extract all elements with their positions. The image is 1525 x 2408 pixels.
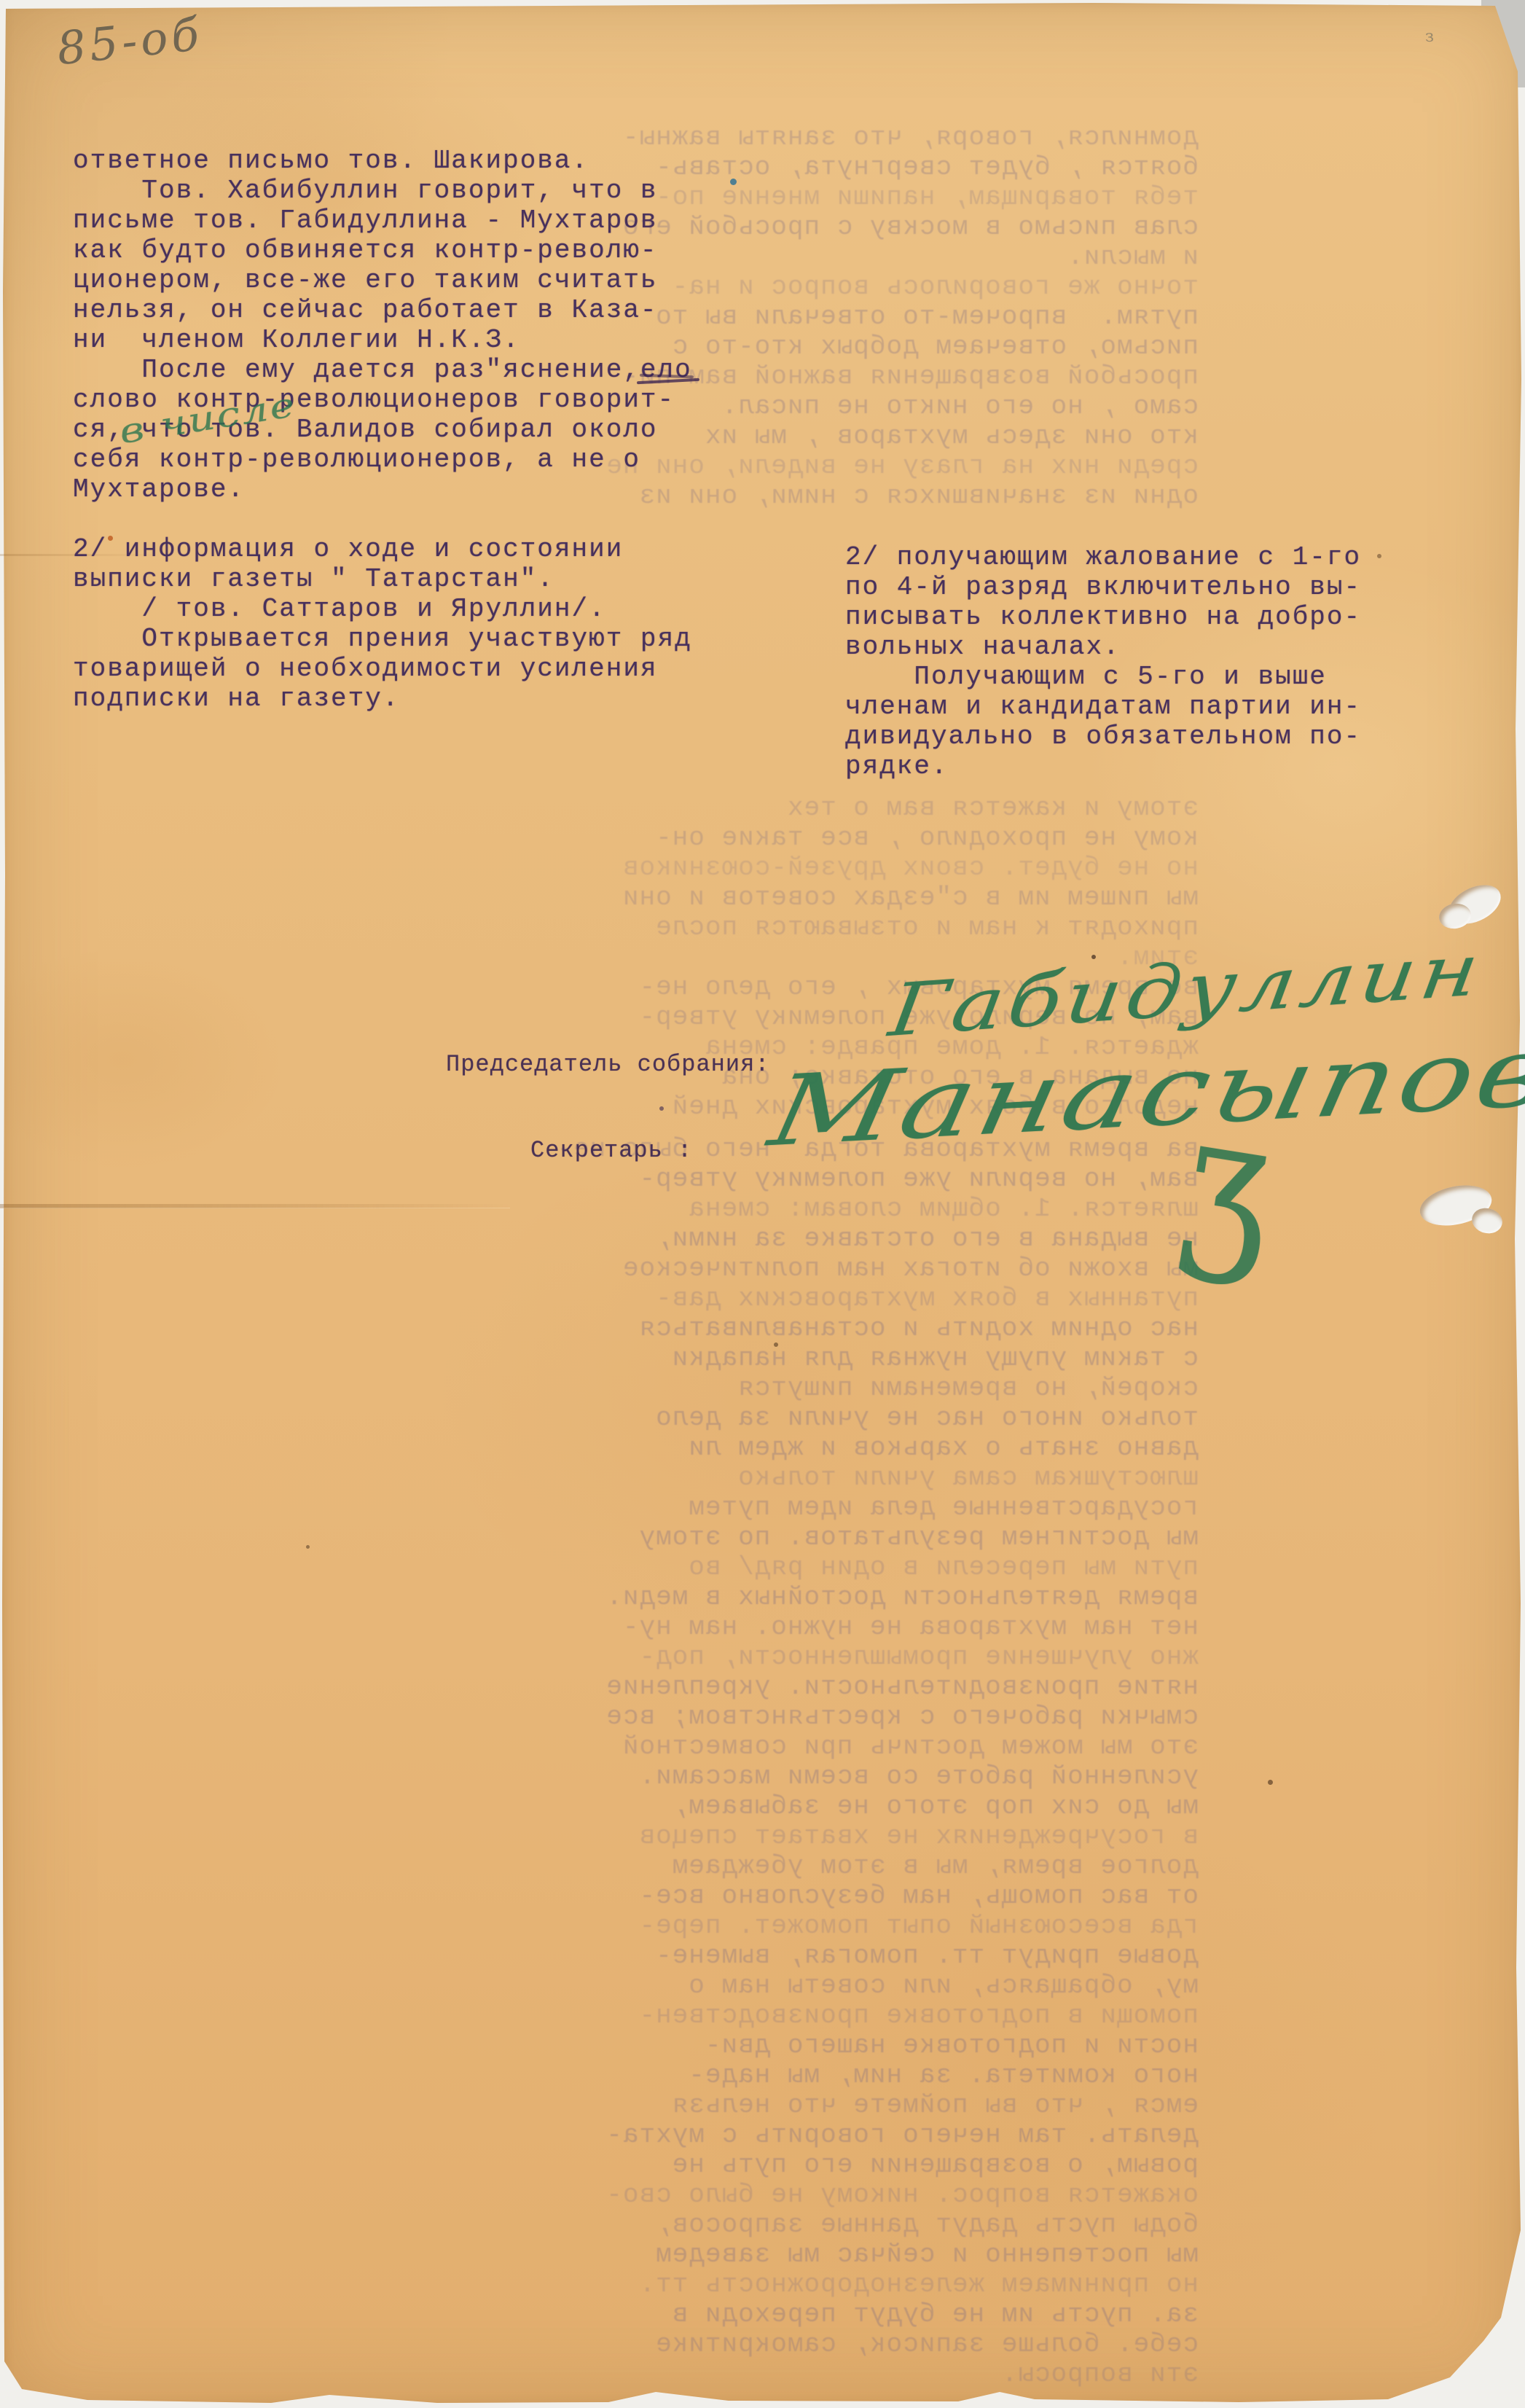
typewritten-line: ционером, все-же его таким считать bbox=[73, 265, 692, 295]
typewritten-line: по 4-й разряд включительно вы- bbox=[845, 572, 1361, 602]
bleedthrough-line: мы достигнем результатов. по этому bbox=[499, 1522, 1199, 1552]
typewritten-line: 2/ информация о ходе и состоянии bbox=[73, 534, 692, 564]
bleedthrough-line: кто они здесь мухтаров , мы их bbox=[718, 421, 1199, 451]
bleedthrough-line: но не будет. своих друзей-союзников bbox=[718, 853, 1199, 883]
bleedthrough-line: нятие производительности. укрепление bbox=[499, 1672, 1199, 1702]
bleedthrough-line: ного комитета. за ним, мы наде- bbox=[499, 2060, 1199, 2090]
typewritten-line: дивидуально в обязательном по- bbox=[845, 722, 1361, 751]
chairman-label: Председатель собрания: bbox=[446, 1051, 769, 1078]
typewritten-line: подписки на газету. bbox=[73, 684, 692, 714]
bleedthrough-line: не выдана в его отставке за ними, bbox=[499, 1224, 1199, 1254]
bleedthrough-line: кому не проходило , все такие он- bbox=[718, 823, 1199, 853]
typewritten-line: писывать коллективно на добро- bbox=[845, 602, 1361, 632]
bleedthrough-block-top-right: домнился, говоря, что заняты важны-боятс… bbox=[718, 122, 1199, 511]
bleedthrough-line: домнился, говоря, что заняты важны- bbox=[718, 122, 1199, 152]
bleedthrough-line: мы вхожи об итогах нам политическое bbox=[499, 1254, 1199, 1283]
bleedthrough-line: слав письмо в москву с просьбой его bbox=[718, 212, 1199, 242]
typewritten-line: Получающим с 5-го и выше bbox=[845, 662, 1361, 692]
bleedthrough-line: му, обращаясь, или советы нам о bbox=[499, 1971, 1199, 2001]
ink-speck bbox=[659, 1106, 664, 1111]
ink-speck bbox=[730, 179, 737, 185]
ink-speck bbox=[1091, 955, 1096, 959]
typewritten-line: ни членом Коллегии Н.К.З. bbox=[73, 325, 692, 355]
bleedthrough-line: письмо, отвечаем добрых кто-то с bbox=[718, 332, 1199, 361]
typewritten-line: Открывается прения участвуют ряд bbox=[73, 624, 692, 654]
bleedthrough-line: в госучреждениях не хватает спецов bbox=[499, 1821, 1199, 1851]
bleedthrough-line: пути мы пересели в один ряд/ во bbox=[499, 1552, 1199, 1582]
typewritten-line: членам и кандидатам партии ин- bbox=[845, 692, 1361, 722]
ink-speck bbox=[1377, 554, 1381, 558]
bleedthrough-line: государственные дела идем путем bbox=[499, 1493, 1199, 1522]
typewritten-line: себя контр-революционеров, а не о bbox=[73, 445, 692, 474]
typewritten-line: 2/ получающим жалование с 1-го bbox=[845, 542, 1361, 572]
ink-speck bbox=[774, 1342, 778, 1347]
typewritten-line: После ему дается раз"яснение,ело bbox=[73, 355, 692, 385]
bleedthrough-line: от вас помощь, нам безусловно все- bbox=[499, 1881, 1199, 1911]
bleedthrough-line: ности и подготовке нашего дви- bbox=[499, 2030, 1199, 2060]
ink-speck bbox=[1268, 1780, 1273, 1785]
right-text-column: 2/ получающим жалование с 1-гопо 4-й раз… bbox=[845, 542, 1361, 781]
bleedthrough-line: жно улучшение промышленности, под- bbox=[499, 1642, 1199, 1672]
bleedthrough-line: емся , что вы поймете что нельзя bbox=[499, 2090, 1199, 2120]
bleedthrough-line: шляется. 1. общим словам: смена bbox=[499, 1194, 1199, 1224]
bleedthrough-line: вам, но верили уже полемику утвер- bbox=[499, 1164, 1199, 1194]
bleedthrough-line: но принимаем железнодорожность тт. bbox=[499, 2270, 1199, 2299]
bleedthrough-line: путанных в боях мухтаровских дав- bbox=[499, 1283, 1199, 1313]
bleedthrough-line: тебя товарищам, напиши мнение по- bbox=[718, 182, 1199, 212]
bleedthrough-line: долгое время, мы в этом убеждаем bbox=[499, 1851, 1199, 1881]
bleedthrough-line: мы пишем им в с"ездах советов и они bbox=[718, 883, 1199, 912]
bleedthrough-line: этому и кажется вам о тех bbox=[718, 793, 1199, 823]
bleedthrough-line: боятся , будет свергнута, оставь- bbox=[718, 152, 1199, 182]
typewritten-line: как будто обвиняется контр-револю- bbox=[73, 235, 692, 265]
bleedthrough-line: точно же говорилось вопрос и на- bbox=[718, 272, 1199, 302]
typewritten-line: Мухтарове. bbox=[73, 474, 692, 504]
bleedthrough-line: окажется вопрос. никому не было сво- bbox=[499, 2180, 1199, 2210]
bleedthrough-line: это мы можем достичь при совместной bbox=[499, 1732, 1199, 1762]
bleedthrough-line: смычки рабочего с крестьянством; все bbox=[499, 1702, 1199, 1732]
ink-speck bbox=[306, 1545, 310, 1549]
typewritten-line: товарищей о необходимости усиления bbox=[73, 654, 692, 684]
bleedthrough-line: гда всесоюзный опыт поможет. пере- bbox=[499, 1911, 1199, 1941]
bleedthrough-line: за. пусть им не будут переходи в bbox=[499, 2299, 1199, 2329]
corner-mark: з bbox=[1425, 28, 1434, 46]
bleedthrough-line: само , но его никто не писал. bbox=[718, 391, 1199, 421]
bleedthrough-line: приходят к нам и отзываются после bbox=[718, 912, 1199, 942]
bleedthrough-line: только иного нас не учили за дело bbox=[499, 1403, 1199, 1433]
ink-speck bbox=[108, 536, 113, 541]
bleedthrough-line: скорей, но временами пишутся bbox=[499, 1373, 1199, 1403]
bleedthrough-line: эти вопросы. bbox=[499, 2359, 1199, 2389]
bleedthrough-line: просьбой возвращения важной вам пи- bbox=[718, 361, 1199, 391]
bleedthrough-line: делать. там нечего говорить с мухта- bbox=[499, 2120, 1199, 2150]
bleedthrough-line: путям. впрочем-то отвечали вы то bbox=[718, 302, 1199, 332]
typewritten-line: нельзя, он сейчас работает в Каза- bbox=[73, 295, 692, 325]
bleedthrough-line: боды пусть дадут данные запросов, bbox=[499, 2210, 1199, 2240]
typewritten-line: ответное письмо тов. Шакирова. bbox=[73, 146, 692, 176]
bleedthrough-line: себе. больше записок, самокритике bbox=[499, 2329, 1199, 2359]
bleedthrough-line: время деятельности достойных в меди. bbox=[499, 1582, 1199, 1612]
bleedthrough-line: ровым, о возвращении его путь не bbox=[499, 2150, 1199, 2180]
bleedthrough-line: нас одним ходить и останавливаться bbox=[499, 1313, 1199, 1343]
fold-crease bbox=[0, 1204, 510, 1208]
bleedthrough-line: среди них на глазу не видели, они не bbox=[718, 451, 1199, 481]
typewritten-line bbox=[73, 504, 692, 534]
typewritten-line: рядке. bbox=[845, 751, 1361, 781]
bleedthrough-line: мы постепенно и сейчас мы заведем bbox=[499, 2240, 1199, 2270]
bleedthrough-line: одни из значившихся с ними, они из bbox=[718, 481, 1199, 511]
scanned-document-page: домнился, говоря, что заняты важны-боятс… bbox=[0, 0, 1525, 2408]
typewritten-line: выписки газеты " Татарстан". bbox=[73, 564, 692, 594]
bleedthrough-line: с таким упущу нужная для нападки bbox=[499, 1343, 1199, 1373]
secretary-label: Секретарь : bbox=[530, 1137, 692, 1164]
bleedthrough-block-bottom: ва время мухтарова тогда него было не-ва… bbox=[499, 1134, 1199, 2389]
typewritten-line: / тов. Саттаров и Яруллин/. bbox=[73, 594, 692, 624]
bleedthrough-line: усиленной работе со всеми массами. bbox=[499, 1762, 1199, 1791]
typewritten-line: письме тов. Габидуллина - Мухтаров bbox=[73, 206, 692, 235]
bleedthrough-line: давно знать о харьков и ждем ли bbox=[499, 1433, 1199, 1463]
typewritten-line: вольных началах. bbox=[845, 632, 1361, 662]
bleedthrough-line: нет нам мухтарова не нужно. нам ну- bbox=[499, 1612, 1199, 1642]
bleedthrough-line: шлюстушкам сама учили только bbox=[499, 1463, 1199, 1493]
bleedthrough-line: мы до сих пор этого не забываем, bbox=[499, 1791, 1199, 1821]
typewritten-line: Тов. Хабибуллин говорит, что в bbox=[73, 176, 692, 206]
bleedthrough-line: и мысли. bbox=[718, 242, 1199, 272]
bleedthrough-line: помощи в подготовке производствен- bbox=[499, 2001, 1199, 2030]
bleedthrough-line: довые придут тт. помогая, вымене- bbox=[499, 1941, 1199, 1971]
